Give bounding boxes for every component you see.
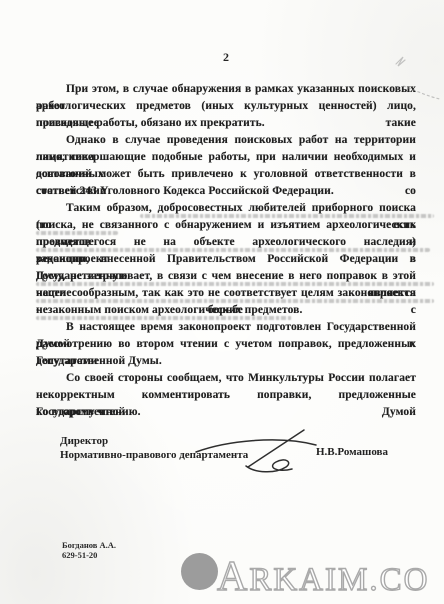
text-line: лицо, совершающие подобные работы, при н… (36, 149, 416, 166)
page-number: 2 (36, 50, 416, 65)
svg-text:ARKAIM.CO: ARKAIM.CO (217, 554, 429, 600)
text-line: При этом, в случае обнаружения в рамках … (36, 81, 416, 98)
pencil-underline-mark (36, 316, 292, 320)
pencil-underline-mark (36, 248, 430, 252)
text-line: В настоящее время законопроект подготовл… (36, 319, 416, 336)
signer-name: Н.В.Ромашова (316, 446, 388, 458)
pencil-underline-mark (36, 231, 118, 235)
paragraph: В настоящее время законопроект подготовл… (36, 319, 416, 370)
paragraph: Однако в случае проведения поисковых раб… (36, 132, 416, 200)
text-line: некорректным комментировать поправки, пр… (36, 387, 416, 404)
text-line: Однако в случае проведения поисковых раб… (36, 132, 416, 149)
executor-phone: 629-51-20 (62, 550, 116, 560)
pencil-underline-mark (140, 214, 434, 218)
paragraph: При этом, в случае обнаружения в рамках … (36, 81, 416, 132)
paragraph: Со своей стороны сообщаем, что Минкульту… (36, 370, 416, 421)
pencil-underline-mark (36, 282, 434, 286)
watermark-circle-icon (181, 553, 218, 590)
watermark-first-letter: A (217, 554, 249, 600)
scanned-document-page: 2 При этом, в случае обнаружения в рамка… (0, 0, 444, 604)
watermark: ARKAIM.CO (180, 544, 444, 604)
handwritten-signature (192, 426, 324, 474)
text-line: рассмотрению во втором чтении с учетом п… (36, 336, 416, 353)
pencil-underline-mark (36, 299, 434, 303)
text-line: археологических предметов (иных культурн… (36, 98, 416, 115)
text-line: оснований может быть привлечено к уголов… (36, 166, 416, 183)
pencil-scribble-marks (390, 52, 444, 108)
text-line: редакции, внесенной Правительством Росси… (36, 251, 416, 268)
text-line: Со своей стороны сообщаем, что Минкульту… (36, 370, 416, 387)
text-line: Государственной Думы. (36, 353, 416, 370)
executor-name: Богданов А.А. (62, 540, 116, 550)
watermark-text: ARKAIM.CO (215, 544, 444, 604)
watermark-rest: RKAIM.CO (249, 562, 429, 598)
executor-contact: Богданов А.А. 629-51-20 (62, 540, 116, 560)
